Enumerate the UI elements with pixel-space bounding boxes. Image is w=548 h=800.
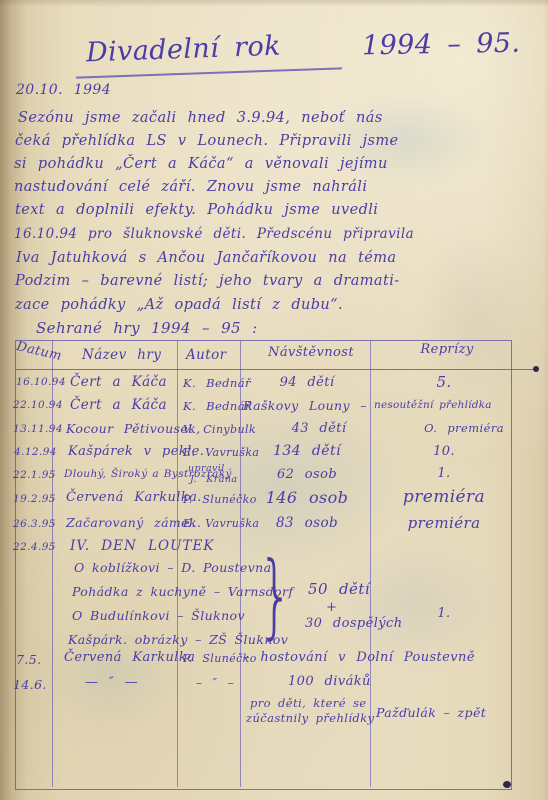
cell-attendance: 146 osob [244,488,370,507]
page-title: Divadelní rok [86,31,282,69]
cell-author: K. Bednář [183,399,251,413]
cell-play: Kocour Pětivousek, [66,421,201,436]
cell-attendance: 94 dětí [248,375,366,390]
ink-blot [533,366,539,372]
paragraph-line: 16.10.94 pro šluknovské děti. Předscénu … [14,226,414,242]
cell-play: Čert a Káča [70,374,167,390]
paragraph-line: Podzim – barevné listí; jeho tvary a dra… [15,273,400,289]
cell-note: – hostování v Dolní Poustevně [243,650,475,665]
festival-brace: } [258,548,293,644]
cell-reruns: O. premiéra [400,421,504,435]
festival-entry: Kašpárk. obrázky – ZŠ Šluknov [68,632,288,647]
cell-author: upravil [188,463,225,474]
journal-page: Divadelní rok 1994 – 95. 20.10. 1994 Sez… [0,0,548,800]
page-title-year: 1994 – 95. [362,28,521,62]
cell-play: Čert a Káča [70,397,167,413]
cell-date: 26.3.95 [13,518,56,530]
cell-attendance: 62 osob [248,467,366,482]
paragraph-line: zace pohádky „Až opadá listí z dubu“. [15,297,343,313]
cell-date: 19.2.95 [13,493,56,505]
cell-play: — ″ — [85,675,138,690]
cell-date: 22.10.94 [13,399,63,411]
cell-date: 7.5. [16,652,41,667]
paragraph-line: text a doplnili efekty. Pohádku jsme uve… [15,202,378,218]
festival-entry: O koblížkovi – D. Poustevna [74,560,271,575]
paragraph-line: Iva Jatuhková s Ančou Jančaříkovou na té… [16,250,396,266]
paragraph-line: nastudování celé září. Znovu jsme nahrál… [14,179,367,195]
festival-entry: O Budulínkovi – Šluknov [72,608,245,623]
cell-attendance: 134 dětí [248,443,366,459]
table-header-rule [15,369,538,370]
cell-reruns: premiéra [388,514,500,532]
cell-date: 22.1.95 [13,469,56,481]
table-caption: Sehrané hry 1994 – 95 : [36,319,258,337]
cell-date: 22.4.95 [13,541,56,553]
festival-attendance: 50 dětí [308,580,370,598]
cell-date: 14.6. [13,677,47,692]
title-underline [76,67,342,78]
cell-play: Začarovaný zámek. [66,515,201,530]
festival-attendance-plus: + [326,600,337,615]
cell-note: 100 diváků [288,674,371,689]
footnote-line: Pažďulák – zpět [376,705,486,720]
cell-play: Červená Karkulka. [66,490,202,505]
paragraph-line: Sezónu jsme začali hned 3.9.94, neboť ná… [18,110,383,126]
cell-reruns: 1. [392,466,496,481]
column-header-reruns: Reprízy [392,342,502,357]
footnote-line: pro děti, které se [250,696,366,710]
paragraph-line: si pohádku „Čert a Káča“ a věnovali její… [14,156,388,172]
cell-date: 4.12.94 [14,446,57,458]
cell-play: Červená Karkulka [64,650,195,665]
cell-reruns: nesoutěžní přehlídka [374,399,492,411]
cell-author: K. Bednář [183,376,251,390]
column-header-attendance: Návštěvnost [252,345,370,360]
ink-blot [503,781,511,788]
cell-reruns: 5. [392,373,496,391]
column-header-author: Autor [186,347,226,363]
cell-author: – ″ – [196,676,234,690]
cell-reruns: 10. [392,444,496,459]
footnote-line: zúčastnily přehlídky [246,711,374,725]
cell-attendance: 83 osob [248,515,366,531]
column-header-play: Název hry [82,347,161,363]
paragraph-line: čeká přehlídka LS v Lounech. Připravili … [15,133,399,149]
cell-date: 13.11.94 [13,423,63,435]
cell-author: V. Cinybulk [183,423,256,436]
entry-date: 20.10. 1994 [16,82,111,98]
festival-reruns: 1. [392,606,496,621]
cell-play: IV. DEN LOUTEK [70,538,214,554]
festival-attendance: 30 dospělých [305,616,402,631]
cell-attendance: Raškovy Louny – [243,398,367,413]
cell-attendance: 43 dětí [260,421,378,436]
cell-author: J. Krána [190,474,237,485]
cell-date: 16.10.94 [16,376,66,388]
cell-reruns: premiéra [388,487,500,507]
